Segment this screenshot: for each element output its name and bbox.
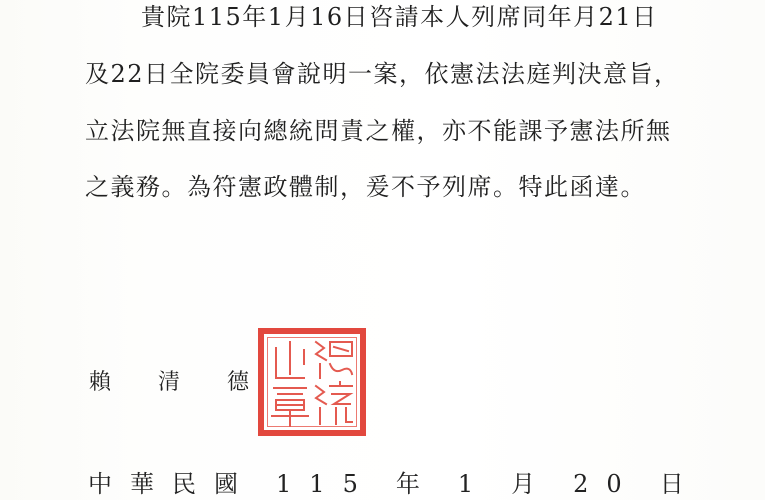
seal-glyphs-icon [264, 334, 360, 430]
date-day-label: 日 [660, 469, 684, 499]
date-day-digit: 2 [573, 469, 588, 499]
date-era-char: 民 [172, 469, 196, 499]
date-year-label: 年 [396, 469, 420, 499]
date-era-char: 國 [214, 469, 238, 499]
issue-date: 中華民國115年1月20日 [88, 469, 684, 499]
body-line-3: 立法院無直接向總統問責之權，亦不能課予憲法所無 [85, 116, 672, 146]
date-month: 1 [458, 469, 473, 499]
date-year-digit: 1 [276, 469, 291, 499]
body-line-2: 及22日全院委員會說明一案，依憲法法庭判決意旨， [85, 59, 680, 89]
date-era-char: 中 [88, 469, 112, 499]
document-page: 貴院115年1月16日咨請本人列席同年月21日 及22日全院委員會說明一案，依憲… [0, 0, 765, 500]
date-year-digit: 5 [343, 469, 358, 499]
date-day-digit: 0 [606, 469, 621, 499]
signer-name: 賴 清 德 [89, 368, 269, 398]
body-line-4: 之義務。為符憲政體制，爰不予列席。特此函達。 [85, 172, 646, 202]
date-era-char: 華 [130, 469, 154, 499]
body-line-1: 貴院115年1月16日咨請本人列席同年月21日 [141, 2, 658, 32]
date-month-label: 月 [511, 469, 535, 499]
presidential-seal-icon [258, 328, 366, 436]
date-year-digit: 1 [309, 469, 324, 499]
